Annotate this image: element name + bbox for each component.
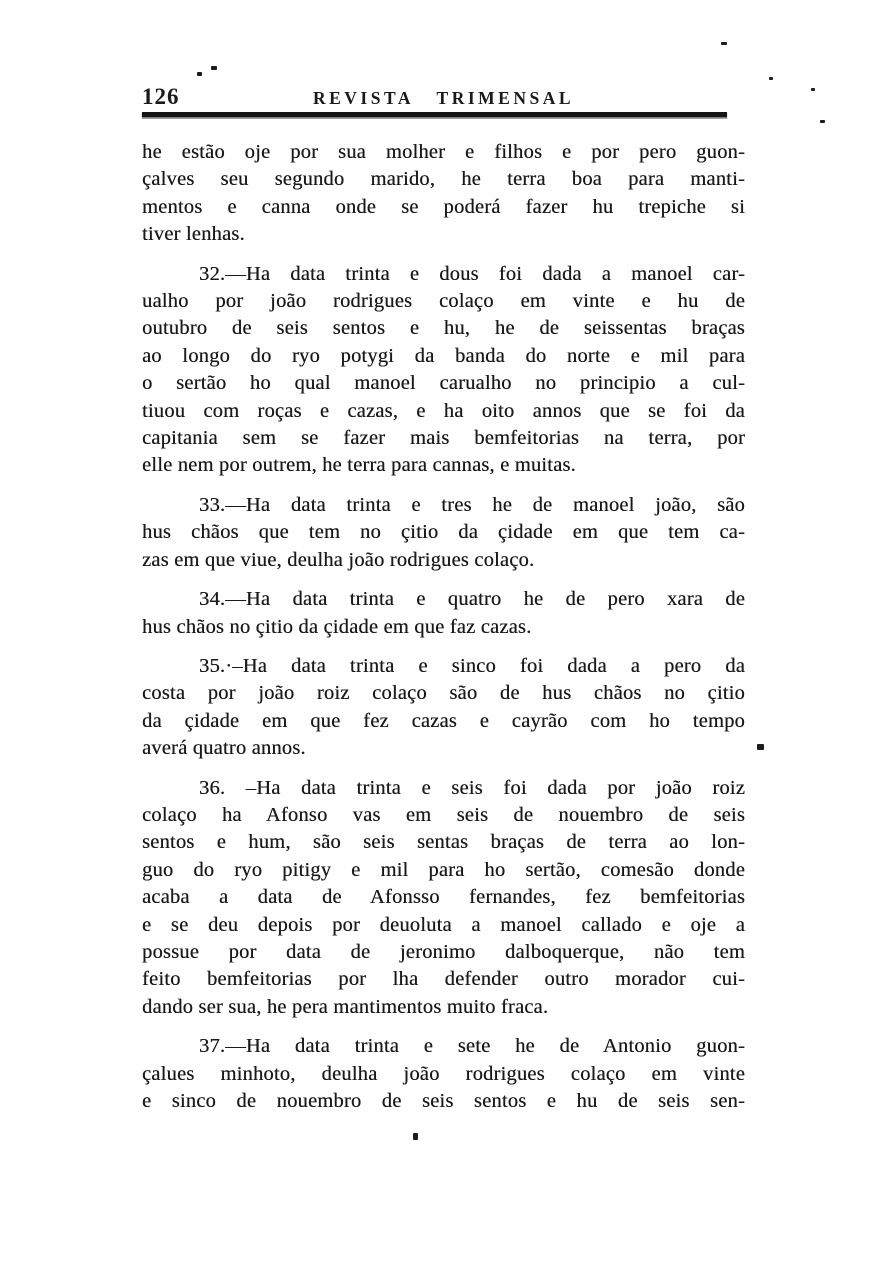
text-line: ao longo do ryo potygi da banda do norte…: [142, 343, 745, 370]
scan-speck: [197, 72, 202, 76]
text-line: 37.—Ha data trinta e sete he de Antonio …: [142, 1033, 745, 1060]
text-line: e sinco de nouembro de seis sentos e hu …: [142, 1088, 745, 1115]
scan-speck: [757, 744, 764, 750]
text-line: averá quatro annos.: [142, 735, 745, 762]
paragraph: he estão oje por sua molher e filhos e p…: [142, 139, 745, 249]
journal-title: REVISTA TRIMENSAL: [142, 88, 745, 109]
text-line: dando ser sua, he pera mantimentos muito…: [142, 994, 745, 1021]
text-line: acaba a data de Afonsso fernandes, fez b…: [142, 884, 745, 911]
text-line: çalves seu segundo marido, he terra boa …: [142, 166, 745, 193]
page-header: 126 REVISTA TRIMENSAL: [142, 84, 745, 110]
text-line: elle nem por outrem, he terra para canna…: [142, 452, 745, 479]
text-line: tiuou com roças e cazas, e ha oito annos…: [142, 398, 745, 425]
text-line: he estão oje por sua molher e filhos e p…: [142, 139, 745, 166]
paragraph: 32.—Ha data trinta e dous foi dada a man…: [142, 261, 745, 480]
text-line: e se deu depois por deuoluta a manoel ca…: [142, 912, 745, 939]
scan-speck: [811, 88, 815, 91]
paragraph: 33.—Ha data trinta e tres he de manoel j…: [142, 492, 745, 574]
text-line: tiver lenhas.: [142, 221, 745, 248]
scan-speck: [413, 1133, 418, 1140]
text-line: 33.—Ha data trinta e tres he de manoel j…: [142, 492, 745, 519]
text-line: zas em que viue, deulha joão rodrigues c…: [142, 547, 745, 574]
book-page-scan: 126 REVISTA TRIMENSAL he estão oje por s…: [0, 0, 893, 1263]
paragraph: 35.·–Ha data trinta e sinco foi dada a p…: [142, 653, 745, 763]
text-line: 32.—Ha data trinta e dous foi dada a man…: [142, 261, 745, 288]
paragraph: 34.—Ha data trinta e quatro he de pero x…: [142, 586, 745, 641]
text-line: 34.—Ha data trinta e quatro he de pero x…: [142, 586, 745, 613]
scan-speck: [820, 120, 825, 123]
text-line: possue por data de jeronimo dalboquerque…: [142, 939, 745, 966]
text-line: sentos e hum, são seis sentas braças de …: [142, 829, 745, 856]
text-line: costa por joão roiz colaço são de hus ch…: [142, 680, 745, 707]
text-line: guo do ryo pitigy e mil para ho sertão, …: [142, 857, 745, 884]
paragraph: 36. –Ha data trinta e seis foi dada por …: [142, 775, 745, 1022]
scan-speck: [769, 77, 773, 80]
text-line: feito bemfeitorias por lha defender outr…: [142, 966, 745, 993]
text-line: ualho por joão rodrigues colaço em vinte…: [142, 288, 745, 315]
text-line: 36. –Ha data trinta e seis foi dada por …: [142, 775, 745, 802]
paragraph: 37.—Ha data trinta e sete he de Antonio …: [142, 1033, 745, 1115]
text-line: o sertão ho qual manoel carualho no prin…: [142, 370, 745, 397]
scan-speck: [721, 42, 727, 45]
page-text-column: he estão oje por sua molher e filhos e p…: [142, 139, 745, 1127]
text-line: capitania sem se fazer mais bemfeitorias…: [142, 425, 745, 452]
text-line: çalues minhoto, deulha joão rodrigues co…: [142, 1061, 745, 1088]
text-line: outubro de seis sentos e hu, he de seiss…: [142, 315, 745, 342]
scan-speck: [211, 66, 217, 70]
text-line: mentos e canna onde se poderá fazer hu t…: [142, 194, 745, 221]
text-line: da çidade em que fez cazas e cayrão com …: [142, 708, 745, 735]
text-line: colaço ha Afonso vas em seis de nouembro…: [142, 802, 745, 829]
header-rule: [142, 112, 727, 117]
text-line: 35.·–Ha data trinta e sinco foi dada a p…: [142, 653, 745, 680]
text-line: hus chãos no çitio da çidade em que faz …: [142, 614, 745, 641]
text-line: hus chãos que tem no çitio da çidade em …: [142, 519, 745, 546]
